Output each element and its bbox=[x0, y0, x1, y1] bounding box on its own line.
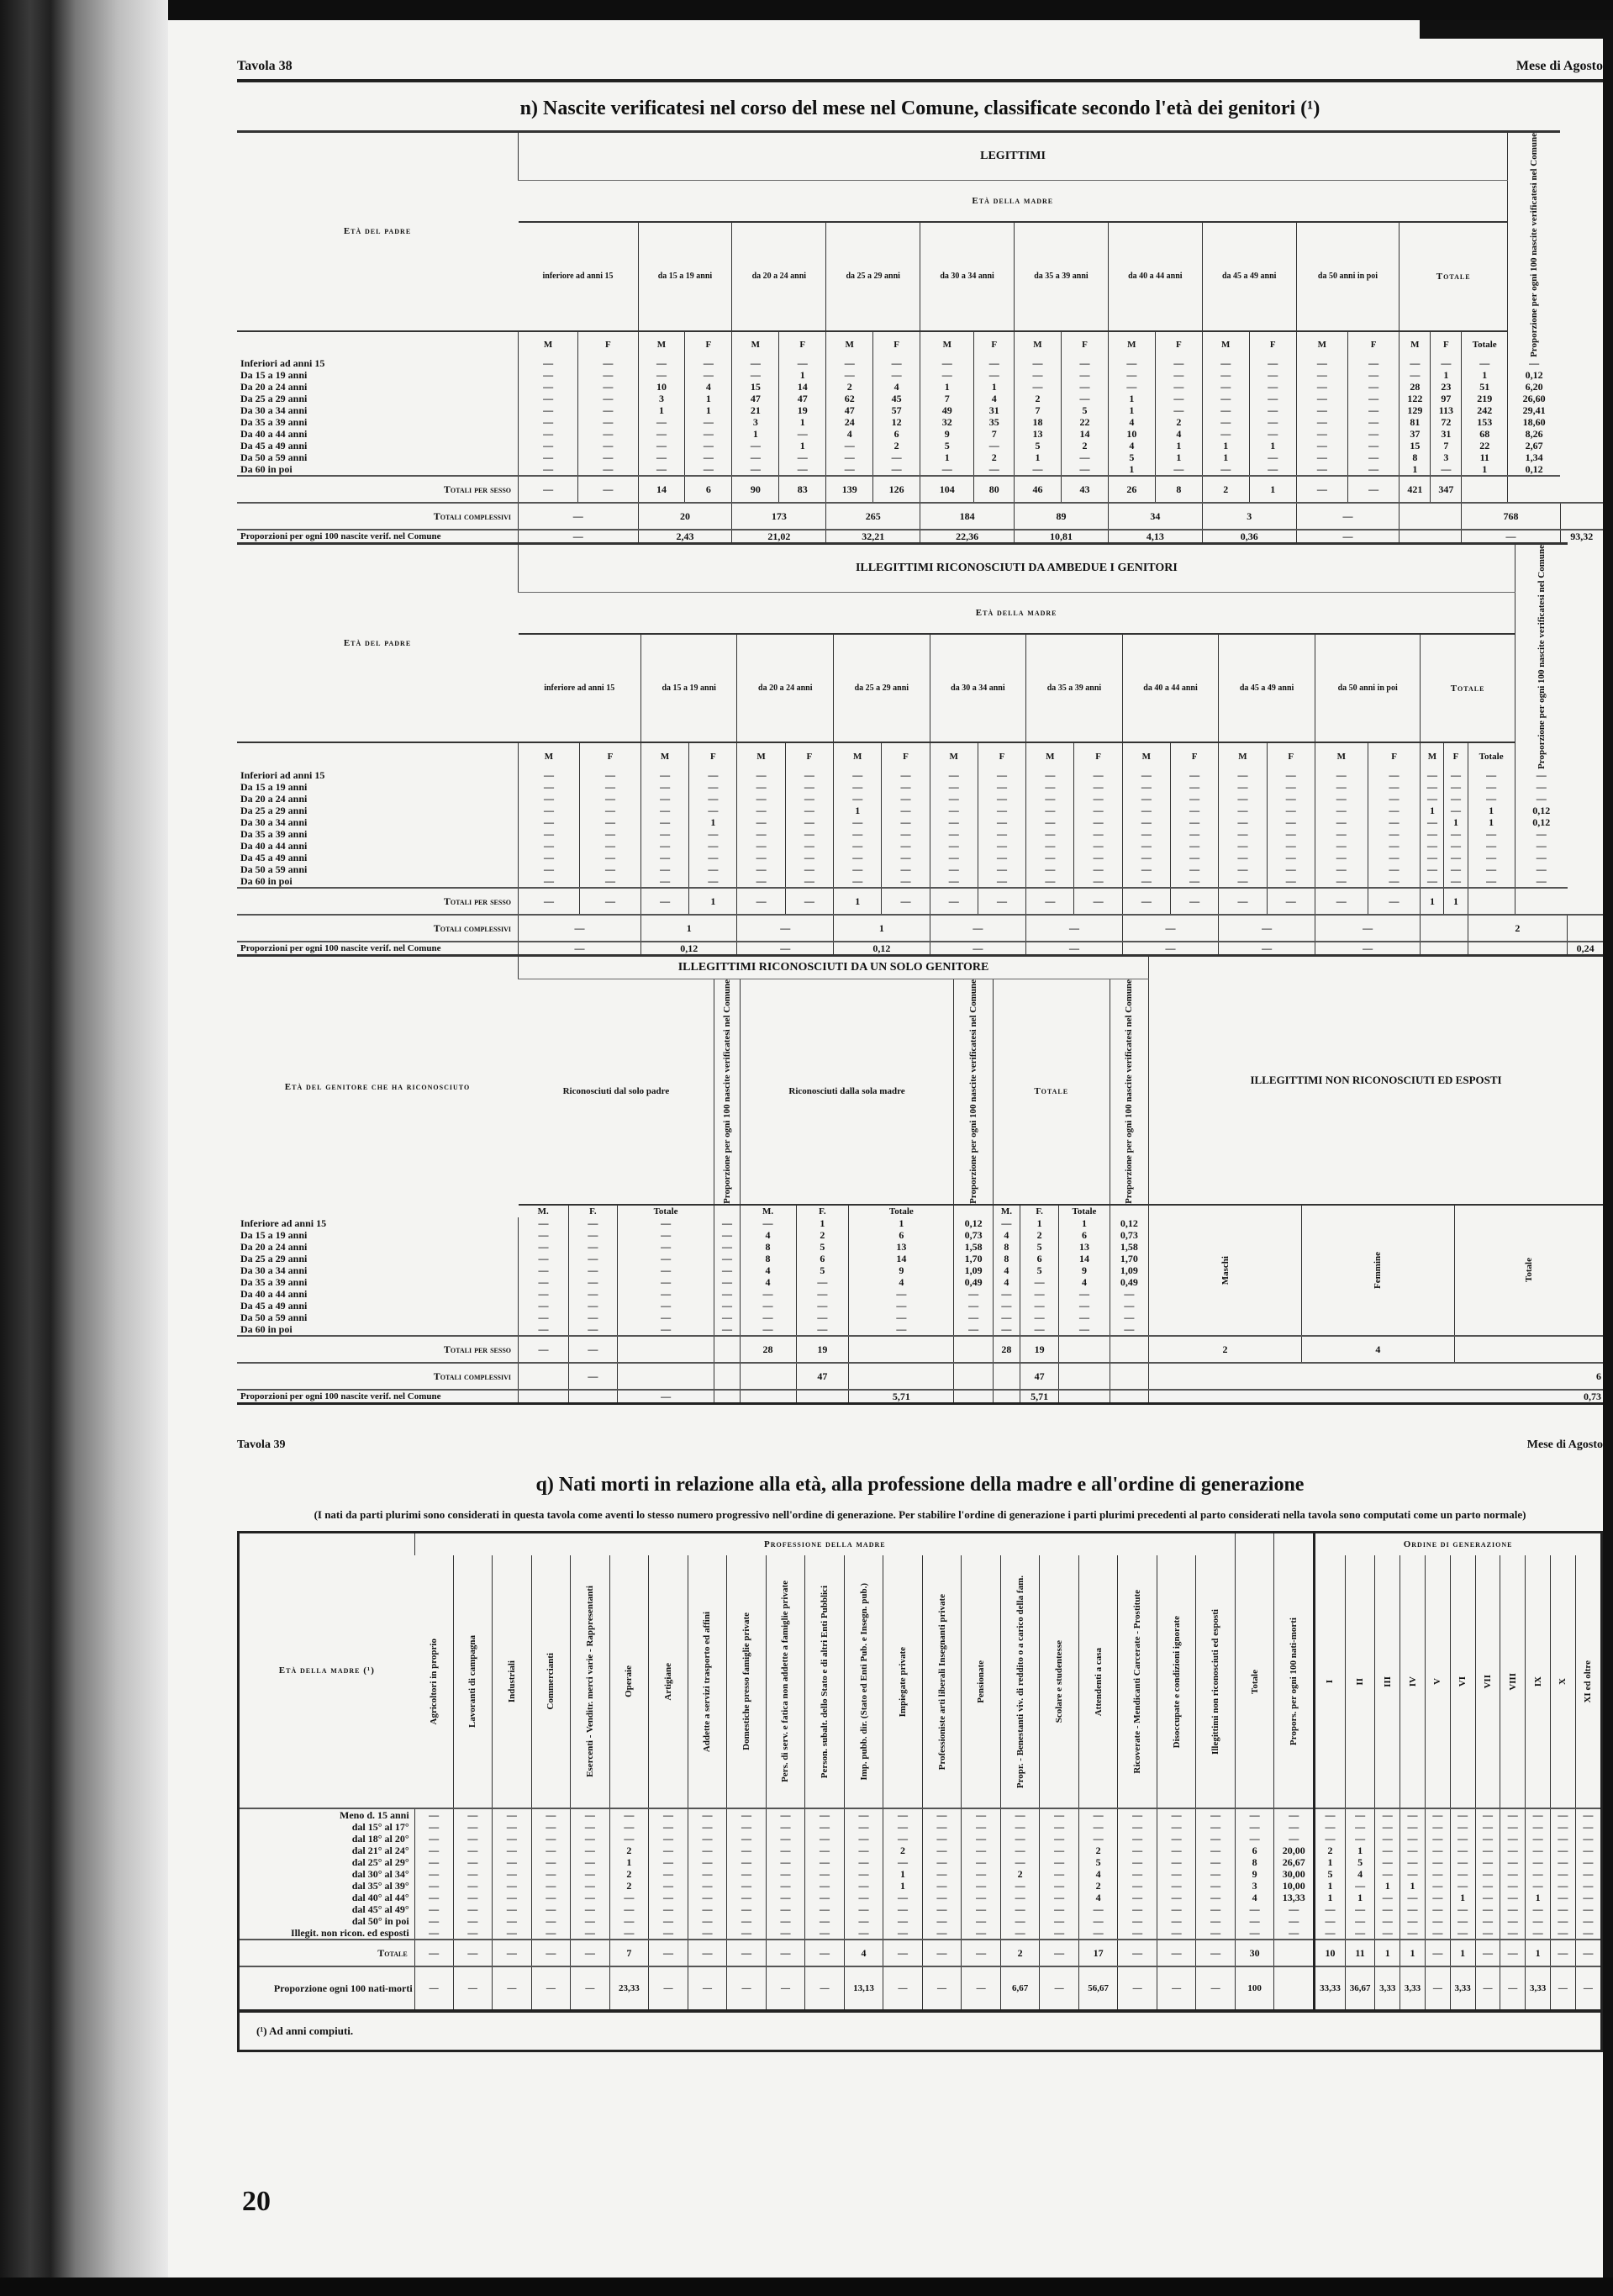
table-cell: 1 bbox=[1315, 1856, 1346, 1868]
profession-header: Pensionate bbox=[962, 1555, 1001, 1808]
table-cell: — bbox=[617, 1276, 714, 1288]
row-label: Da 30 a 34 anni bbox=[237, 404, 519, 416]
table-cell: — bbox=[1202, 463, 1249, 476]
scan-border-bottom bbox=[0, 2278, 1613, 2296]
blank-cell bbox=[237, 742, 519, 768]
table-cell: — bbox=[1575, 1845, 1600, 1856]
totale-cell: — bbox=[883, 1940, 923, 1966]
male-col-header: M bbox=[930, 742, 978, 768]
table-cell: — bbox=[1026, 769, 1074, 781]
ordine-col-header: II bbox=[1345, 1555, 1374, 1808]
table-cell: — bbox=[714, 1253, 740, 1264]
table-cell: — bbox=[519, 1288, 569, 1300]
totali-per-sesso-cell: 28 bbox=[993, 1336, 1020, 1363]
table-cell: — bbox=[805, 1892, 845, 1903]
table-cell: — bbox=[638, 357, 685, 369]
male-col-header: M bbox=[519, 331, 578, 357]
row-label: Da 40 a 44 anni bbox=[237, 428, 519, 440]
table-cell: 7 bbox=[1015, 404, 1062, 416]
table-cell: — bbox=[1296, 357, 1347, 369]
table-cell: 14 bbox=[779, 381, 826, 393]
table-cell: — bbox=[1157, 1833, 1196, 1845]
table-cell: — bbox=[638, 440, 685, 451]
table-cell: — bbox=[1421, 863, 1444, 875]
table-cell: — bbox=[1425, 1833, 1450, 1845]
row-label: dal 50° in poi bbox=[240, 1915, 414, 1927]
table-cell: — bbox=[849, 1288, 954, 1300]
table-cell: — bbox=[849, 1312, 954, 1323]
table-number: Tavola 39 bbox=[237, 1438, 285, 1459]
table-cell: — bbox=[569, 1288, 618, 1300]
madre-age-group: da 15 a 19 anni bbox=[638, 222, 732, 331]
table-cell: — bbox=[688, 1856, 727, 1868]
table-cell: — bbox=[1118, 1808, 1157, 1821]
table-cell: 1 bbox=[834, 805, 882, 816]
table-cell: — bbox=[882, 793, 930, 805]
table-cell: 0,12 bbox=[1515, 805, 1568, 816]
row-label: Da 30 a 34 anni bbox=[237, 1264, 519, 1276]
table-cell: — bbox=[785, 863, 833, 875]
table-cell: — bbox=[740, 1217, 796, 1229]
totale-header: Totale bbox=[1400, 222, 1508, 331]
table-cell: 10 bbox=[1108, 428, 1155, 440]
row-label: dal 25° al 29° bbox=[240, 1856, 414, 1868]
table-cell: — bbox=[1425, 1808, 1450, 1821]
table-cell: — bbox=[805, 1880, 845, 1892]
table-cell: 6 bbox=[873, 428, 920, 440]
rotated-header-text: Propr. - Benestanti viv. di reddito o a … bbox=[1015, 1576, 1025, 1788]
table-cell: — bbox=[685, 440, 732, 451]
table-cell: 18 bbox=[1015, 416, 1062, 428]
table-cell: — bbox=[1526, 1903, 1551, 1915]
table-cell: 0,12 bbox=[1508, 463, 1561, 476]
table-cell: — bbox=[1078, 1903, 1118, 1915]
table-cell: — bbox=[844, 1856, 883, 1868]
table-cell: 2 bbox=[883, 1845, 923, 1856]
table-cell: — bbox=[785, 805, 833, 816]
table-cell: — bbox=[785, 769, 833, 781]
proporzione-cell: 13,13 bbox=[844, 1966, 883, 2009]
table-cell: — bbox=[1249, 357, 1296, 369]
table-cell: — bbox=[579, 852, 640, 863]
table-cell: — bbox=[920, 463, 974, 476]
table-cell: — bbox=[1515, 863, 1568, 875]
rotated-header-text: Professioniste arti liberali Insegnanti … bbox=[937, 1594, 947, 1770]
table-cell: — bbox=[1347, 463, 1399, 476]
ordine-col-header: IV bbox=[1400, 1555, 1426, 1808]
table-cell: — bbox=[1296, 451, 1347, 463]
table-cell: — bbox=[519, 451, 578, 463]
table-cell: — bbox=[732, 451, 779, 463]
table-cell: — bbox=[414, 1808, 453, 1821]
table-cell: — bbox=[1110, 1323, 1148, 1336]
proporzioni-cell: — bbox=[617, 1390, 714, 1402]
table-cell: — bbox=[785, 793, 833, 805]
table-cell: — bbox=[1368, 840, 1421, 852]
table-cell: — bbox=[1196, 1903, 1236, 1915]
table-cell: — bbox=[579, 769, 640, 781]
table-cell: — bbox=[1202, 428, 1249, 440]
female-col-header: F bbox=[1155, 331, 1202, 357]
totale-header: Totale bbox=[993, 979, 1110, 1204]
row-label: Da 45 a 49 anni bbox=[237, 440, 519, 451]
table-cell: 31 bbox=[974, 404, 1015, 416]
table-cell: — bbox=[617, 1217, 714, 1229]
table-cell: — bbox=[531, 1915, 571, 1927]
totali-per-sesso-cell: 1 bbox=[1249, 476, 1296, 503]
table-cell: — bbox=[978, 875, 1025, 888]
table-cell: — bbox=[569, 1229, 618, 1241]
table-cell: — bbox=[578, 381, 638, 393]
table-cell: — bbox=[531, 1880, 571, 1892]
proporzioni-cell: 22,36 bbox=[920, 530, 1015, 542]
table-cell: — bbox=[796, 1300, 849, 1312]
table-cell: — bbox=[689, 828, 737, 840]
table-cell: — bbox=[978, 828, 1025, 840]
table-cell: — bbox=[689, 852, 737, 863]
table-cell: — bbox=[737, 840, 785, 852]
rotated-header-text: Illegittimi non riconosciuti ed esposti bbox=[1210, 1609, 1220, 1755]
totale-cell: — bbox=[688, 1940, 727, 1966]
table-cell: — bbox=[1171, 769, 1219, 781]
sub-header: Totale bbox=[849, 1205, 954, 1217]
row-label: Da 20 a 24 anni bbox=[237, 793, 519, 805]
proporzioni-cell: 5,71 bbox=[1020, 1390, 1059, 1402]
totali-per-sesso-cell: — bbox=[569, 1336, 618, 1363]
table-cell: — bbox=[519, 1264, 569, 1276]
table-cell: 2 bbox=[1000, 1868, 1040, 1880]
table-cell: — bbox=[1157, 1927, 1196, 1940]
table-cell: — bbox=[1400, 357, 1431, 369]
table-cell: — bbox=[1315, 805, 1368, 816]
table-cell: 68 bbox=[1462, 428, 1508, 440]
table-row: Da 45 a 49 anni—————————————————————— bbox=[237, 852, 1603, 863]
table-cell: — bbox=[1000, 1903, 1040, 1915]
table-row: Da 15 a 19 anni—————————————————————— bbox=[237, 781, 1603, 793]
table-cell: — bbox=[414, 1915, 453, 1927]
table-cell: 1,70 bbox=[954, 1253, 993, 1264]
table-cell: — bbox=[1444, 805, 1468, 816]
table-cell: — bbox=[727, 1927, 767, 1940]
rotated-header-text: V bbox=[1432, 1678, 1442, 1685]
table-cell: 12 bbox=[873, 416, 920, 428]
table-cell: 2 bbox=[1315, 1845, 1346, 1856]
table-cell: — bbox=[1508, 357, 1561, 369]
table-cell: 49 bbox=[920, 404, 974, 416]
table-cell: — bbox=[882, 769, 930, 781]
table-cell: — bbox=[1345, 1821, 1374, 1833]
table-cell: 122 bbox=[1400, 393, 1431, 404]
table-cell: 219 bbox=[1462, 393, 1508, 404]
table-cell: 5 bbox=[1108, 451, 1155, 463]
table-cell: — bbox=[993, 1323, 1020, 1336]
table-row: dal 18° al 20°——————————————————————————… bbox=[240, 1833, 1600, 1845]
table-cell: — bbox=[834, 863, 882, 875]
table-cell: — bbox=[1515, 793, 1568, 805]
table-cell: — bbox=[1526, 1821, 1551, 1833]
table-cell: — bbox=[1000, 1915, 1040, 1927]
female-col-header: F bbox=[1267, 742, 1315, 768]
rotated-header-text: VI bbox=[1457, 1676, 1468, 1686]
table-cell: — bbox=[1020, 1323, 1059, 1336]
totali-per-sesso-cell: — bbox=[1122, 888, 1170, 915]
table-cell: — bbox=[1202, 381, 1249, 393]
madre-age-group: da 25 a 29 anni bbox=[826, 222, 920, 331]
table-cell: — bbox=[1345, 1808, 1374, 1821]
table-cell: 1 bbox=[920, 381, 974, 393]
table-cell: — bbox=[638, 451, 685, 463]
table-cell: — bbox=[1575, 1833, 1600, 1845]
table-cell: 29,41 bbox=[1508, 404, 1561, 416]
totali-complessivi-cell bbox=[1560, 503, 1603, 530]
totale-cell: — bbox=[1551, 1940, 1576, 1966]
table-cell: — bbox=[727, 1833, 767, 1845]
table-cell: — bbox=[1171, 852, 1219, 863]
proporzione-cell: — bbox=[1425, 1966, 1450, 2009]
table-cell: 0,73 bbox=[1110, 1229, 1148, 1241]
table-cell: — bbox=[453, 1833, 493, 1845]
row-label: Da 25 a 29 anni bbox=[237, 1253, 519, 1264]
table-cell: 1,09 bbox=[1110, 1264, 1148, 1276]
table-cell: — bbox=[978, 793, 1025, 805]
table-cell: — bbox=[974, 463, 1015, 476]
totali-per-sesso-label: Totali per sesso bbox=[237, 1336, 519, 1363]
table-cell: — bbox=[1267, 863, 1315, 875]
table-cell: 1 bbox=[1444, 816, 1468, 828]
totali-complessivi-cell bbox=[1421, 915, 1468, 942]
table-cell: 8,26 bbox=[1508, 428, 1561, 440]
row-label: Da 25 a 29 anni bbox=[237, 393, 519, 404]
table-cell: — bbox=[1345, 1915, 1374, 1927]
table-cell: — bbox=[1475, 1903, 1500, 1915]
table-cell: — bbox=[414, 1892, 453, 1903]
totali-complessivi-cell: 184 bbox=[920, 503, 1015, 530]
table-cell: — bbox=[1296, 381, 1347, 393]
proporzione-cell: — bbox=[1118, 1966, 1157, 2009]
proporzione-cell: — bbox=[493, 1966, 532, 2009]
table-cell: — bbox=[1118, 1927, 1157, 1940]
table-cell: — bbox=[649, 1821, 688, 1833]
totali-complessivi-cell: — bbox=[1219, 915, 1315, 942]
table-cell: — bbox=[1122, 769, 1170, 781]
table-cell: — bbox=[579, 828, 640, 840]
table-cell: — bbox=[1526, 1808, 1551, 1821]
table-cell: — bbox=[1315, 875, 1368, 888]
table-cell: — bbox=[1375, 1856, 1400, 1868]
table-cell: — bbox=[826, 451, 873, 463]
table-cell: 31 bbox=[1431, 428, 1462, 440]
table-cell: — bbox=[1347, 416, 1399, 428]
table-cell: — bbox=[579, 875, 640, 888]
table-cell: — bbox=[779, 451, 826, 463]
table-cell: — bbox=[1202, 404, 1249, 416]
table-cell: — bbox=[1026, 805, 1074, 816]
table-cell: — bbox=[844, 1833, 883, 1845]
female-col-header: F bbox=[974, 331, 1015, 357]
table-cell: — bbox=[453, 1880, 493, 1892]
table-cell: — bbox=[531, 1856, 571, 1868]
table-cell: — bbox=[688, 1892, 727, 1903]
eta-madre-header: Età della madre bbox=[519, 181, 1508, 222]
blank-cell bbox=[1110, 1363, 1148, 1390]
row-label: Da 50 a 59 anni bbox=[237, 1312, 519, 1323]
table-row: Da 35 a 39 anni—————————————————————— bbox=[237, 828, 1603, 840]
table-cell: — bbox=[1575, 1903, 1600, 1915]
totale-cell: — bbox=[414, 1940, 453, 1966]
totale-cell: 17 bbox=[1078, 1940, 1118, 1966]
table-cell: 1 bbox=[1020, 1217, 1059, 1229]
table-cell: — bbox=[1249, 451, 1296, 463]
proporzioni-cell: 0,12 bbox=[640, 942, 737, 954]
totale-cell: — bbox=[1040, 1940, 1079, 1966]
proporzioni-label: Proporzioni per ogni 100 nascite verif. … bbox=[237, 1390, 519, 1402]
table-cell: 2 bbox=[609, 1868, 649, 1880]
table-cell: — bbox=[1020, 1288, 1059, 1300]
table-cell: — bbox=[1118, 1821, 1157, 1833]
table-cell: 19 bbox=[779, 404, 826, 416]
table-cell: — bbox=[1118, 1892, 1157, 1903]
table-cell: — bbox=[571, 1833, 610, 1845]
table-cell: 4 bbox=[1059, 1276, 1110, 1288]
madre-age-group: da 40 a 44 anni bbox=[1108, 222, 1202, 331]
table-row: Inferiori ad anni 15————————————————————… bbox=[237, 357, 1603, 369]
totali-complessivi-label: Totali complessivi bbox=[237, 1363, 519, 1390]
table-cell: — bbox=[1421, 793, 1444, 805]
table-cell: — bbox=[962, 1880, 1001, 1892]
table-cell: — bbox=[1431, 357, 1462, 369]
non-ric-prop-cell: 0,73 bbox=[1149, 1390, 1603, 1402]
table-cell: — bbox=[978, 863, 1025, 875]
tavola38-box: Età del padreLEGITTIMIProporzione per og… bbox=[237, 130, 1603, 1405]
table-cell: — bbox=[785, 852, 833, 863]
table-cell: — bbox=[617, 1288, 714, 1300]
table-cell: — bbox=[1059, 1300, 1110, 1312]
proporzioni-cell: 0,36 bbox=[1202, 530, 1296, 542]
table-cell: — bbox=[785, 816, 833, 828]
table-cell: 2,67 bbox=[1508, 440, 1561, 451]
totale-cell: 1 bbox=[1375, 1940, 1400, 1966]
table-cell: 1 bbox=[1202, 440, 1249, 451]
table-cell: — bbox=[1122, 805, 1170, 816]
row-label: dal 21° al 24° bbox=[240, 1845, 414, 1856]
female-col-header: F bbox=[578, 331, 638, 357]
madre-age-group: da 15 a 19 anni bbox=[640, 634, 737, 743]
table-cell: — bbox=[1425, 1856, 1450, 1868]
table-cell: — bbox=[974, 357, 1015, 369]
scan-border-right bbox=[1603, 20, 1613, 2296]
table-cell: — bbox=[493, 1808, 532, 1821]
table-cell: — bbox=[1315, 852, 1368, 863]
table-cell: — bbox=[805, 1833, 845, 1845]
totale-cell: 1 bbox=[1526, 1940, 1551, 1966]
totali-per-sesso-cell: — bbox=[1074, 888, 1122, 915]
table-cell: 3 bbox=[638, 393, 685, 404]
table-cell: 1 bbox=[609, 1856, 649, 1868]
table-cell: — bbox=[1315, 1808, 1346, 1821]
table-cell: — bbox=[993, 1300, 1020, 1312]
table-cell: 1 bbox=[1462, 369, 1508, 381]
row-label: Illegit. non ricon. ed esposti bbox=[240, 1927, 414, 1940]
ordine-col-header: VII bbox=[1475, 1555, 1500, 1808]
table-cell: — bbox=[826, 357, 873, 369]
proporzione-cell: 6,67 bbox=[1000, 1966, 1040, 2009]
table-cell: — bbox=[579, 816, 640, 828]
table-cell: — bbox=[844, 1808, 883, 1821]
table-cell: — bbox=[1196, 1833, 1236, 1845]
table-cell: — bbox=[1468, 781, 1515, 793]
madre-age-group: da 45 a 49 anni bbox=[1219, 634, 1315, 743]
table-cell: — bbox=[1347, 369, 1399, 381]
table-cell: — bbox=[766, 1903, 805, 1915]
table-cell: 2 bbox=[826, 381, 873, 393]
table-cell: — bbox=[1157, 1868, 1196, 1880]
table-cell: — bbox=[617, 1264, 714, 1276]
table-cell: — bbox=[1202, 357, 1249, 369]
table-cell: — bbox=[1171, 816, 1219, 828]
table-cell: — bbox=[1196, 1927, 1236, 1940]
table-cell: — bbox=[1315, 1915, 1346, 1927]
table-cell: — bbox=[922, 1892, 962, 1903]
table-cell: — bbox=[766, 1868, 805, 1880]
table-cell: 2 bbox=[796, 1229, 849, 1241]
table-cell: — bbox=[609, 1892, 649, 1903]
table-cell: — bbox=[1425, 1880, 1450, 1892]
table-cell: 22 bbox=[1462, 440, 1508, 451]
table-cell: — bbox=[1015, 381, 1062, 393]
row-label: dal 40° al 44° bbox=[240, 1892, 414, 1903]
totali-complessivi-cell: 173 bbox=[732, 503, 826, 530]
table-cell: 1 bbox=[1015, 451, 1062, 463]
totali-per-sesso-cell bbox=[1468, 888, 1515, 915]
table-cell: — bbox=[922, 1868, 962, 1880]
row-label: Da 25 a 29 anni bbox=[237, 805, 519, 816]
table-cell: — bbox=[1196, 1808, 1236, 1821]
proporzione-cell: — bbox=[727, 1966, 767, 2009]
table-cell: — bbox=[1074, 816, 1122, 828]
table-cell: — bbox=[1400, 369, 1431, 381]
section-title: LEGITTIMI bbox=[519, 132, 1508, 181]
table-cell: — bbox=[737, 781, 785, 793]
table-cell: 8 bbox=[1400, 451, 1431, 463]
table-cell: — bbox=[1368, 781, 1421, 793]
table-cell: — bbox=[737, 828, 785, 840]
table-cell: — bbox=[1026, 852, 1074, 863]
table-cell: 72 bbox=[1431, 416, 1462, 428]
table-cell: — bbox=[993, 1312, 1020, 1323]
table-cell: — bbox=[1171, 863, 1219, 875]
table-cell: 1 bbox=[796, 1217, 849, 1229]
table-cell: — bbox=[1575, 1856, 1600, 1868]
table-cell: — bbox=[571, 1821, 610, 1833]
male-col-header: M bbox=[1015, 331, 1062, 357]
blank-cell bbox=[1235, 1533, 1274, 1555]
table-cell: 242 bbox=[1462, 404, 1508, 416]
table-cell: 1,58 bbox=[1110, 1241, 1148, 1253]
table-cell: — bbox=[688, 1868, 727, 1880]
table-row: dal 30° al 34°—————2——————1——2—4———930,0… bbox=[240, 1868, 1600, 1880]
female-col-header: F bbox=[1347, 331, 1399, 357]
table-cell: — bbox=[920, 369, 974, 381]
table-cell: 1 bbox=[1345, 1892, 1374, 1903]
table-cell: — bbox=[954, 1288, 993, 1300]
totali-complessivi-cell bbox=[1059, 1363, 1110, 1390]
table-cell: — bbox=[834, 840, 882, 852]
totale-cell: — bbox=[805, 1940, 845, 1966]
proporzione-cell: — bbox=[1475, 1966, 1500, 2009]
rotated-header-text: Attendenti a casa bbox=[1094, 1648, 1104, 1716]
table-cell: — bbox=[1196, 1821, 1236, 1833]
table-cell: 1 bbox=[1108, 463, 1155, 476]
